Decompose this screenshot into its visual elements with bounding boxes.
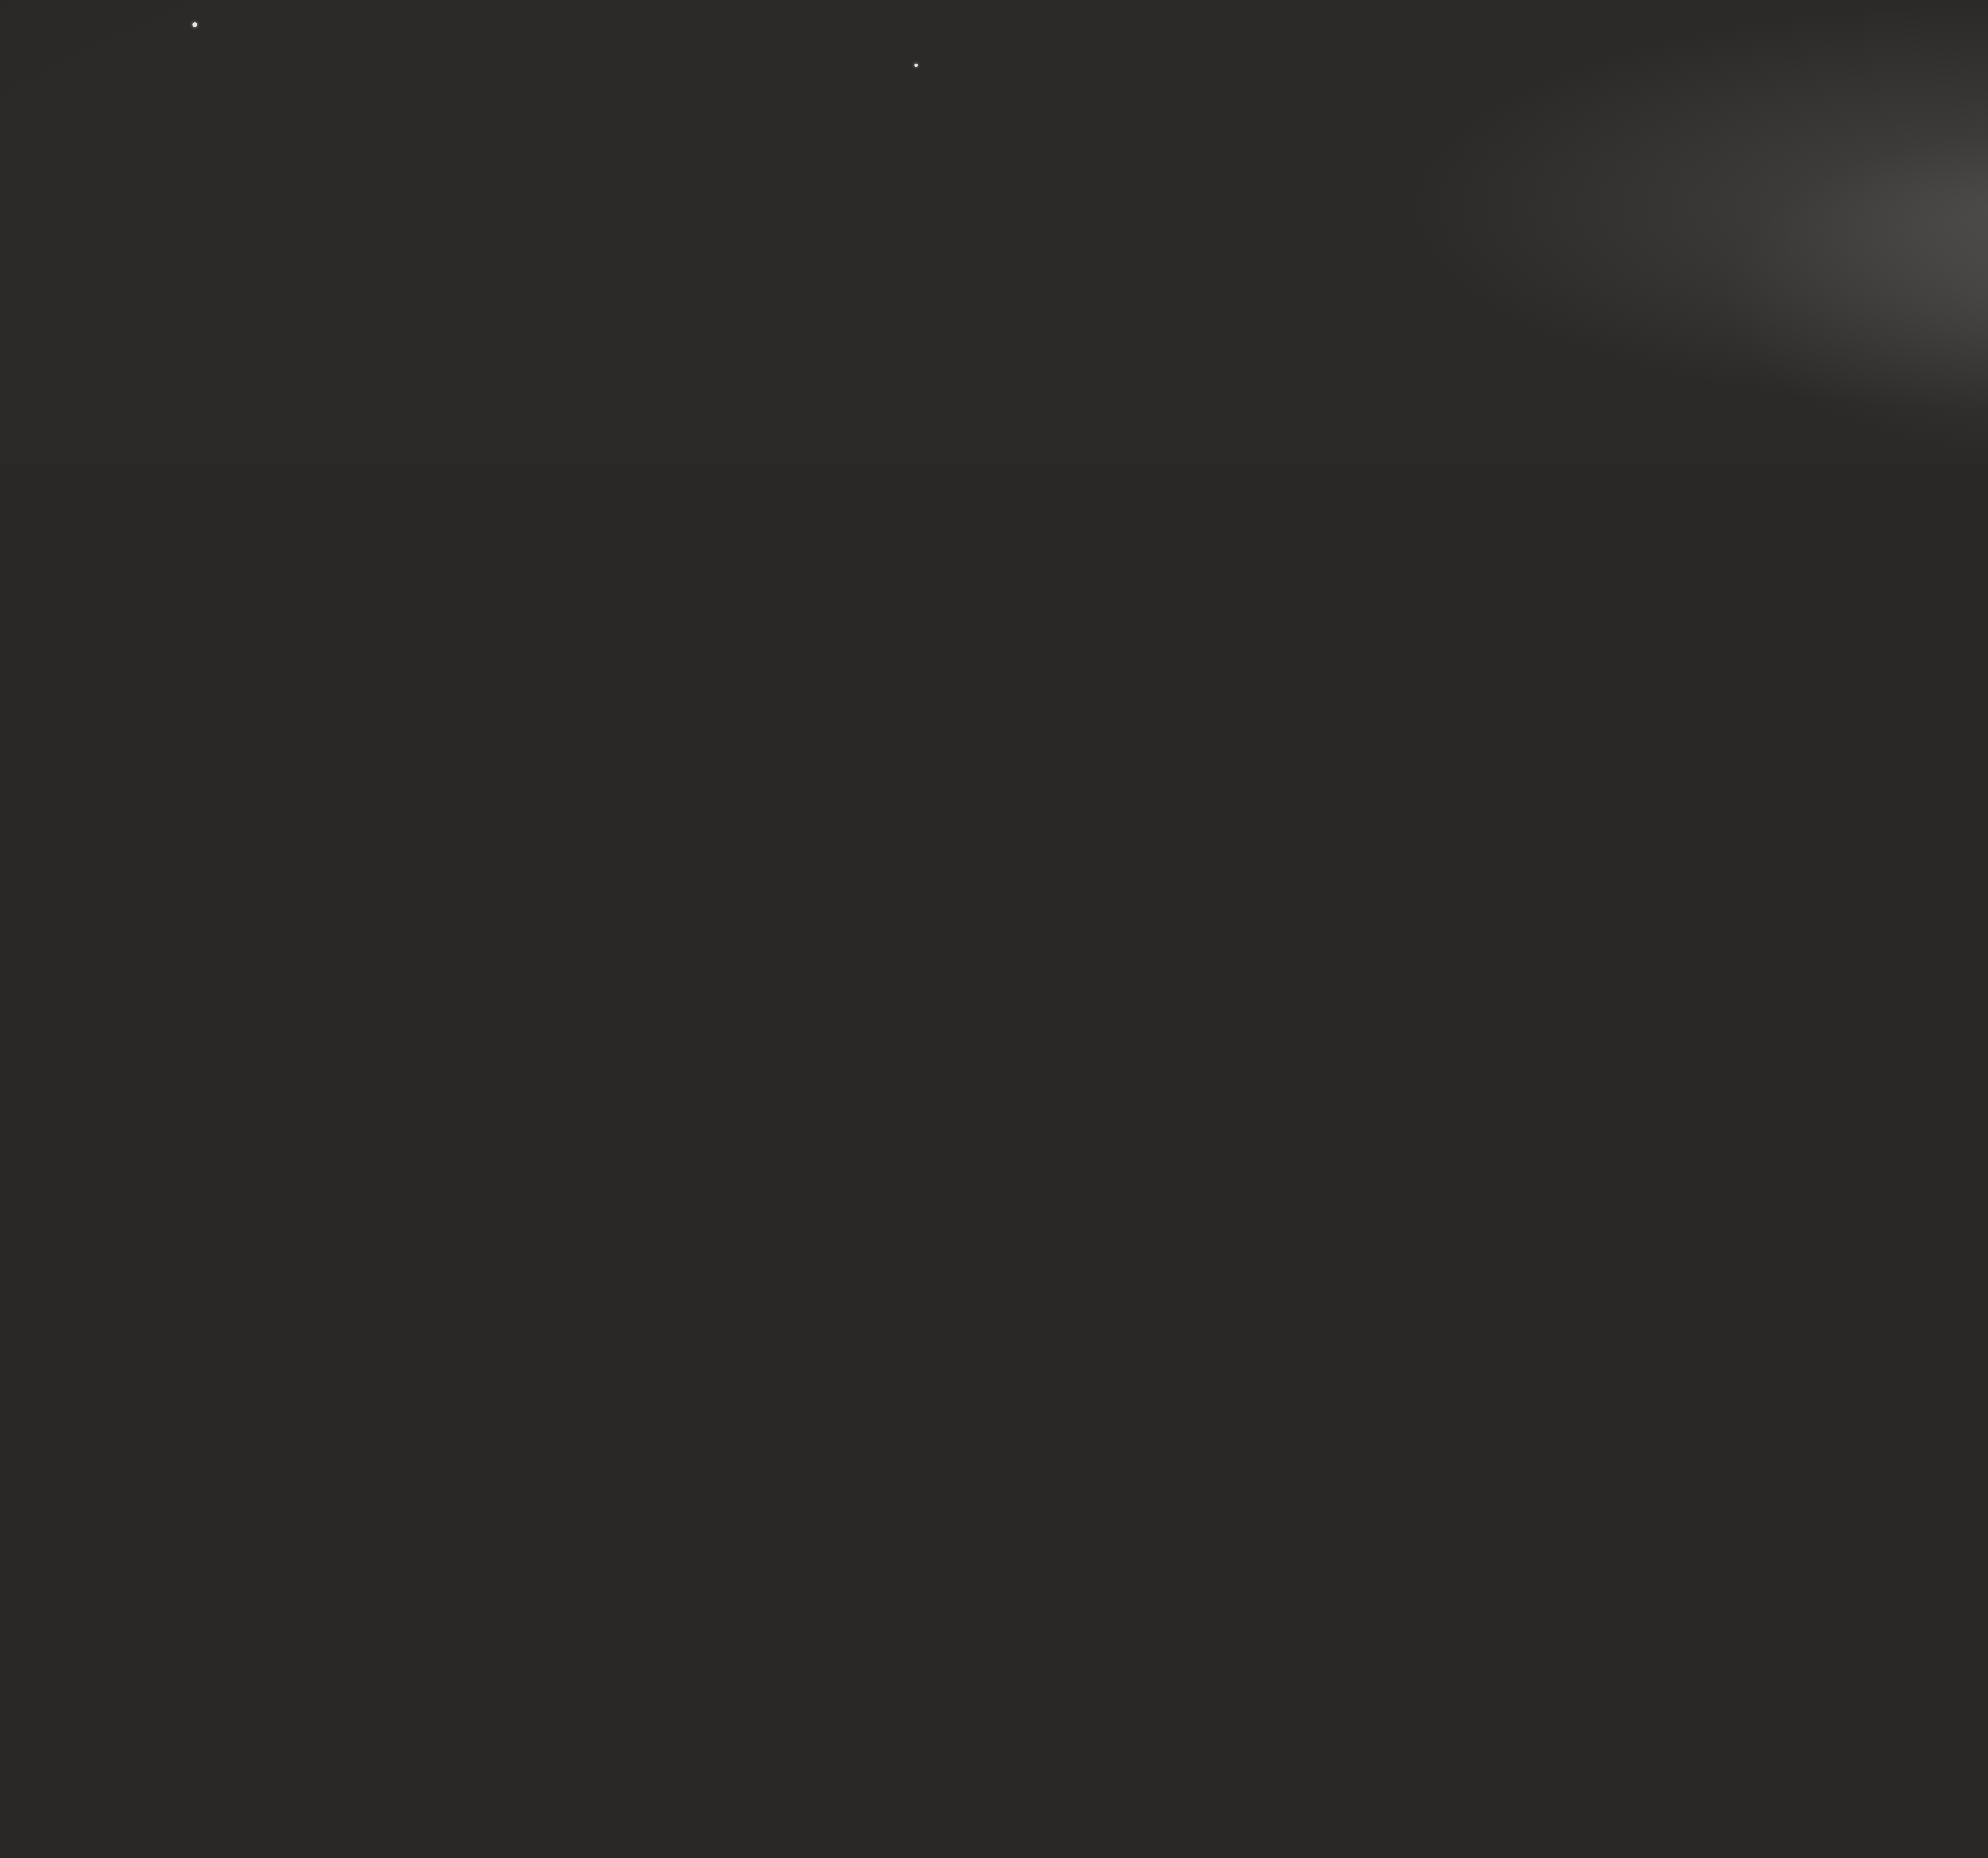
backdrop-smudge [1718,127,1988,461]
dust-speck [914,64,917,66]
dust-speck [192,22,197,27]
backdrop-smudge [1400,0,1988,414]
photo: মূ ১ যেঢ ৬ বিত্তবা ২ অযোধ্যা ভ ৩ ১৯০ [0,0,1988,464]
backdrop-smudge [0,461,207,464]
